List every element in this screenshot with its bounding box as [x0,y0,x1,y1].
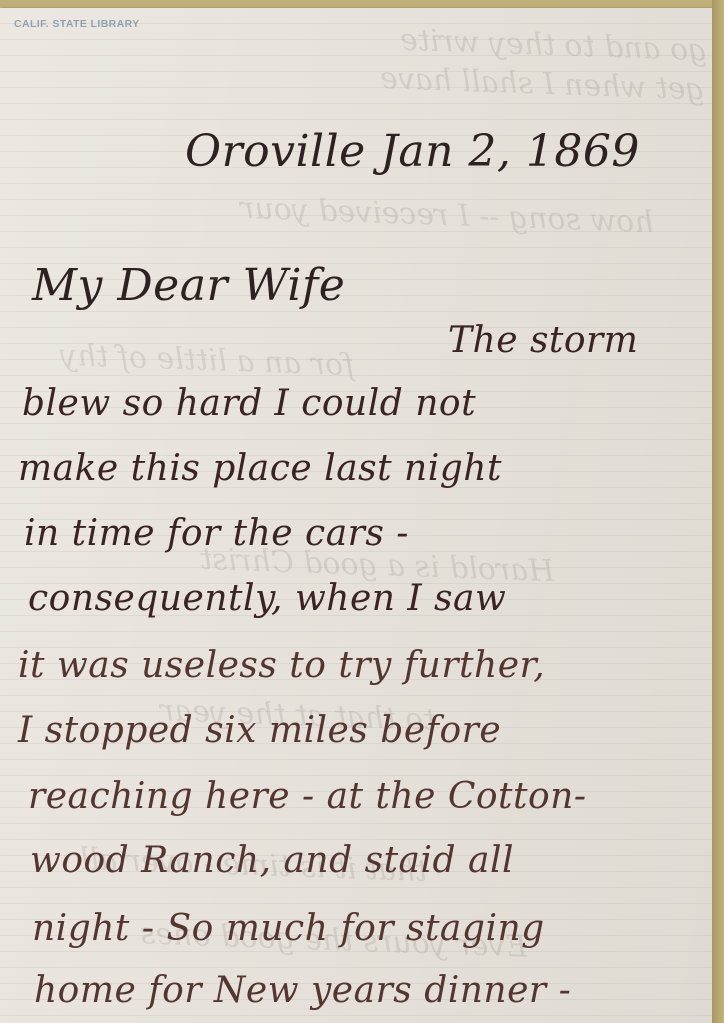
letter-line: I stopped six miles before [18,710,501,751]
letter-line: blew so hard I could not [22,383,476,424]
bleed-through-writing: how get when I shall have [380,61,724,110]
letter-line: make this place last night [18,448,502,489]
letter-line: night - So much for staging [32,908,545,949]
library-stamp: CALIF. STATE LIBRARY [14,18,140,30]
letter-line: wood Ranch, and staid all [30,840,514,881]
mount-edge-top [0,0,724,8]
letter-dateline: Oroville Jan 2, 1869 [185,126,640,177]
letter-line: reaching here - at the Cotton- [28,776,587,817]
letter-line: consequently, when I saw [28,578,506,619]
mount-edge-right [712,0,724,1023]
bleed-through-writing: go and to they write [399,23,707,69]
letter-line: it was useless to try further, [18,645,545,686]
letter-salutation: My Dear Wife [32,260,345,311]
bleed-through-writing: for an a little of thy [59,338,354,383]
letter-page: CALIF. STATE LIBRARY go and to they writ… [0,8,712,1023]
letter-line: The storm [448,320,638,361]
bleed-through-writing: how song -- I received your [240,191,655,240]
letter-line: home for New years dinner - [34,970,571,1011]
letter-line: in time for the cars - [24,513,409,554]
